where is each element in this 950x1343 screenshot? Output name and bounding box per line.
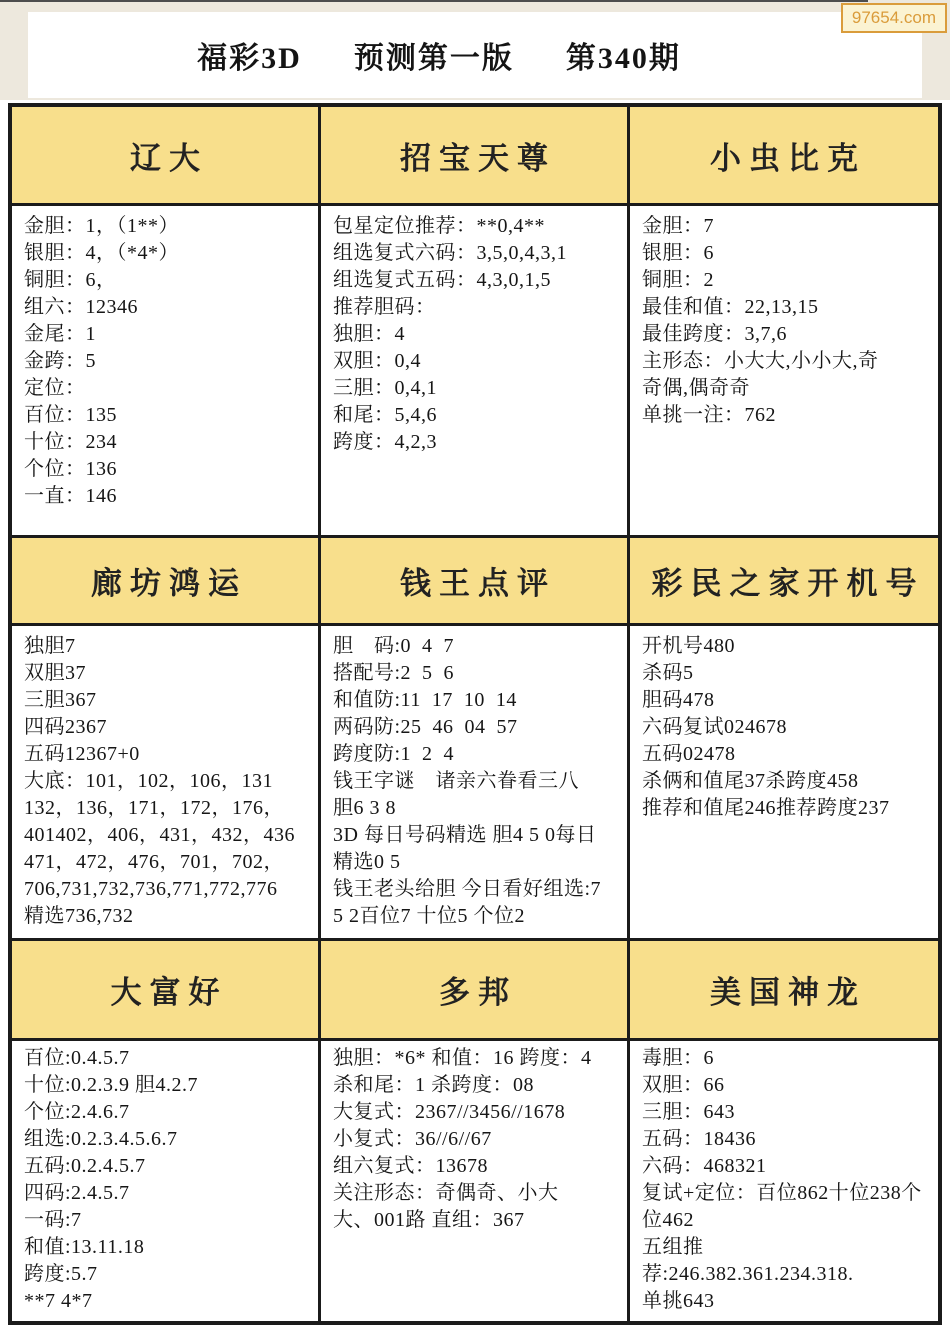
panel-line: 五码：18436 — [642, 1126, 928, 1153]
panel-line: 个位：136 — [24, 456, 308, 483]
panel-caiminzhijia-kaijihao: 彩民之家开机号 开机号480杀码5胆码478六码复试024678五码02478杀… — [630, 538, 938, 941]
panel-duobang: 多邦 独胆：*6* 和值：16 跨度：4杀和尾：1 杀跨度：08大复式：2367… — [321, 941, 630, 1321]
panel-line: 一直：146 — [24, 483, 308, 510]
panel-line: 组六复式：13678 — [333, 1153, 617, 1180]
panel-line: 和值:13.11.18 — [24, 1234, 308, 1261]
panel-line: 六码：468321 — [642, 1153, 928, 1180]
panel-body: 毒胆：6双胆：66三胆：643五码：18436六码：468321复试+定位：百位… — [630, 1041, 938, 1321]
panel-line: 单挑643 — [642, 1288, 928, 1315]
panel-line: 毒胆：6 — [642, 1045, 928, 1072]
panel-line: 跨度:5.7 — [24, 1261, 308, 1288]
panel-line: 杀码5 — [642, 660, 928, 687]
panel-line: 5 2百位7 十位5 个位2 — [333, 903, 617, 930]
page-title: 福彩3D 预测第一版 第340期 — [171, 33, 707, 77]
panel-title: 彩民之家开机号 — [630, 538, 938, 626]
panel-body: 包星定位推荐：**0,4**组选复式六码：3,5,0,4,3,1组选复式五码：4… — [321, 206, 627, 535]
panel-line: 胆 码:0 4 7 — [333, 633, 617, 660]
panel-title: 大富好 — [12, 941, 318, 1041]
panel-line: 六码复试024678 — [642, 714, 928, 741]
panel-line: 个位:2.4.6.7 — [24, 1099, 308, 1126]
panel-langfanghongyun: 廊坊鸿运 独胆7双胆37三胆367四码2367五码12367+0大底：101，1… — [12, 538, 321, 941]
panel-line: 双胆37 — [24, 660, 308, 687]
panel-line: 铜胆：6， — [24, 267, 308, 294]
top-edge-line — [0, 0, 868, 2]
panel-line: 铜胆：2 — [642, 267, 928, 294]
panel-line: 钱王老头给胆 今日看好组选:7 — [333, 876, 617, 903]
panel-line: 两码防:25 46 04 57 — [333, 714, 617, 741]
panel-line: 包星定位推荐：**0,4** — [333, 213, 617, 240]
title-issue: 第340期 — [566, 33, 681, 77]
panel-line: 706,731,732,736,771,772,776 — [24, 876, 308, 903]
panel-line: 独胆：4 — [333, 321, 617, 348]
panel-title: 招宝天尊 — [321, 107, 627, 206]
panel-line: 五码12367+0 — [24, 741, 308, 768]
panel-line: 五码02478 — [642, 741, 928, 768]
panel-line: 精选736,732 — [24, 903, 308, 930]
panel-line: 最佳跨度：3,7,6 — [642, 321, 928, 348]
watermark: 97654.com — [841, 3, 947, 33]
panel-line: 和尾：5,4,6 — [333, 402, 617, 429]
panel-line: 百位：135 — [24, 402, 308, 429]
panel-line: 金跨：5 — [24, 348, 308, 375]
panel-line: 和值防:11 17 10 14 — [333, 687, 617, 714]
panel-line: 主形态：小大大,小小大,奇 — [642, 348, 928, 375]
panel-line: 组选:0.2.3.4.5.6.7 — [24, 1126, 308, 1153]
panel-line: 胆6 3 8 — [333, 795, 617, 822]
panel-liaoda: 辽大 金胆：1，（1**）银胆：4，（*4*）铜胆：6，组六：12346金尾：1… — [12, 107, 321, 538]
panel-line: **7 4*7 — [24, 1288, 308, 1315]
panel-title: 美国神龙 — [630, 941, 938, 1041]
panel-line: 五码:0.2.4.5.7 — [24, 1153, 308, 1180]
panel-title: 辽大 — [12, 107, 318, 206]
panel-line: 百位:0.4.5.7 — [24, 1045, 308, 1072]
panel-line: 独胆：*6* 和值：16 跨度：4 — [333, 1045, 617, 1072]
title-edition: 预测第一版 — [354, 33, 514, 77]
panel-qianwangdianping: 钱王点评 胆 码:0 4 7搭配号:2 5 6和值防:11 17 10 14两码… — [321, 538, 630, 941]
panel-line: 金尾：1 — [24, 321, 308, 348]
panel-line: 最佳和值：22,13,15 — [642, 294, 928, 321]
panel-line: 银胆：6 — [642, 240, 928, 267]
panel-line: 三胆：0,4,1 — [333, 375, 617, 402]
panel-line: 开机号480 — [642, 633, 928, 660]
panel-body: 百位:0.4.5.7十位:0.2.3.9 胆4.2.7个位:2.4.6.7组选:… — [12, 1041, 318, 1321]
panel-body: 金胆：1，（1**）银胆：4，（*4*）铜胆：6，组六：12346金尾：1金跨：… — [12, 206, 318, 535]
panel-line: 独胆7 — [24, 633, 308, 660]
panel-line: 跨度防:1 2 4 — [333, 741, 617, 768]
panel-line: 跨度：4,2,3 — [333, 429, 617, 456]
panel-line: 双胆：66 — [642, 1072, 928, 1099]
panel-line: 奇偶,偶奇奇 — [642, 375, 928, 402]
panel-body: 独胆7双胆37三胆367四码2367五码12367+0大底：101，102，10… — [12, 626, 318, 938]
panel-body: 开机号480杀码5胆码478六码复试024678五码02478杀俩和值尾37杀跨… — [630, 626, 938, 938]
panel-dafuhao: 大富好 百位:0.4.5.7十位:0.2.3.9 胆4.2.7个位:2.4.6.… — [12, 941, 321, 1321]
panel-line: 金胆：7 — [642, 213, 928, 240]
panel-line: 一码:7 — [24, 1207, 308, 1234]
panel-line: 四码:2.4.5.7 — [24, 1180, 308, 1207]
title-brand: 福彩3D — [197, 33, 302, 77]
panel-line: 关注形态：奇偶奇、小大 — [333, 1180, 617, 1207]
panel-line: 胆码478 — [642, 687, 928, 714]
panel-line: 位462 — [642, 1207, 928, 1234]
prediction-sheet: 福彩3D 预测第一版 第340期 97654.com 辽大 金胆：1，（1**）… — [0, 0, 950, 1343]
panel-line: 三胆：643 — [642, 1099, 928, 1126]
panel-line: 组六：12346 — [24, 294, 308, 321]
panel-line: 四码2367 — [24, 714, 308, 741]
panel-line: 杀和尾：1 杀跨度：08 — [333, 1072, 617, 1099]
panel-line: 推荐胆码： — [333, 294, 617, 321]
panel-line: 十位：234 — [24, 429, 308, 456]
panel-line: 银胆：4，（*4*） — [24, 240, 308, 267]
panel-line: 十位:0.2.3.9 胆4.2.7 — [24, 1072, 308, 1099]
panel-line: 大、001路 直组：367 — [333, 1207, 617, 1234]
panel-line: 3D 每日号码精选 胆4 5 0每日 — [333, 822, 617, 849]
panel-line: 金胆：1，（1**） — [24, 213, 308, 240]
panel-line: 双胆：0,4 — [333, 348, 617, 375]
panel-line: 401402，406，431，432，436 — [24, 822, 308, 849]
panel-line: 132，136，171，172，176， — [24, 795, 308, 822]
panel-body: 独胆：*6* 和值：16 跨度：4杀和尾：1 杀跨度：08大复式：2367//3… — [321, 1041, 627, 1321]
panel-line: 471，472，476，701，702， — [24, 849, 308, 876]
panel-title: 廊坊鸿运 — [12, 538, 318, 626]
panel-xiaochongbike: 小虫比克 金胆：7银胆：6铜胆：2最佳和值：22,13,15最佳跨度：3,7,6… — [630, 107, 938, 538]
panel-line: 定位： — [24, 375, 308, 402]
prediction-grid: 辽大 金胆：1，（1**）银胆：4，（*4*）铜胆：6，组六：12346金尾：1… — [8, 103, 942, 1325]
panel-line: 大复式：2367//3456//1678 — [333, 1099, 617, 1126]
panel-line: 组选复式五码：4,3,0,1,5 — [333, 267, 617, 294]
panel-line: 复试+定位：百位862十位238个 — [642, 1180, 928, 1207]
panel-line: 五组推 — [642, 1234, 928, 1261]
panel-line: 组选复式六码：3,5,0,4,3,1 — [333, 240, 617, 267]
panel-line: 三胆367 — [24, 687, 308, 714]
panel-line: 大底：101，102，106，131 — [24, 768, 308, 795]
panel-meiguoshenlong: 美国神龙 毒胆：6双胆：66三胆：643五码：18436六码：468321复试+… — [630, 941, 938, 1321]
title-band: 福彩3D 预测第一版 第340期 — [28, 12, 922, 98]
panel-line: 荐:246.382.361.234.318. — [642, 1261, 928, 1288]
panel-line: 搭配号:2 5 6 — [333, 660, 617, 687]
panel-title: 钱王点评 — [321, 538, 627, 626]
panel-body: 金胆：7银胆：6铜胆：2最佳和值：22,13,15最佳跨度：3,7,6主形态：小… — [630, 206, 938, 535]
panel-line: 钱王字谜 诸亲六眷看三八 — [333, 768, 617, 795]
panel-title: 多邦 — [321, 941, 627, 1041]
panel-body: 胆 码:0 4 7搭配号:2 5 6和值防:11 17 10 14两码防:25 … — [321, 626, 627, 938]
panel-zhaobaotianzun: 招宝天尊 包星定位推荐：**0,4**组选复式六码：3,5,0,4,3,1组选复… — [321, 107, 630, 538]
panel-line: 精选0 5 — [333, 849, 617, 876]
panel-line: 单挑一注：762 — [642, 402, 928, 429]
panel-line: 杀俩和值尾37杀跨度458 — [642, 768, 928, 795]
panel-title: 小虫比克 — [630, 107, 938, 206]
panel-line: 小复式：36//6//67 — [333, 1126, 617, 1153]
panel-line: 推荐和值尾246推荐跨度237 — [642, 795, 928, 822]
